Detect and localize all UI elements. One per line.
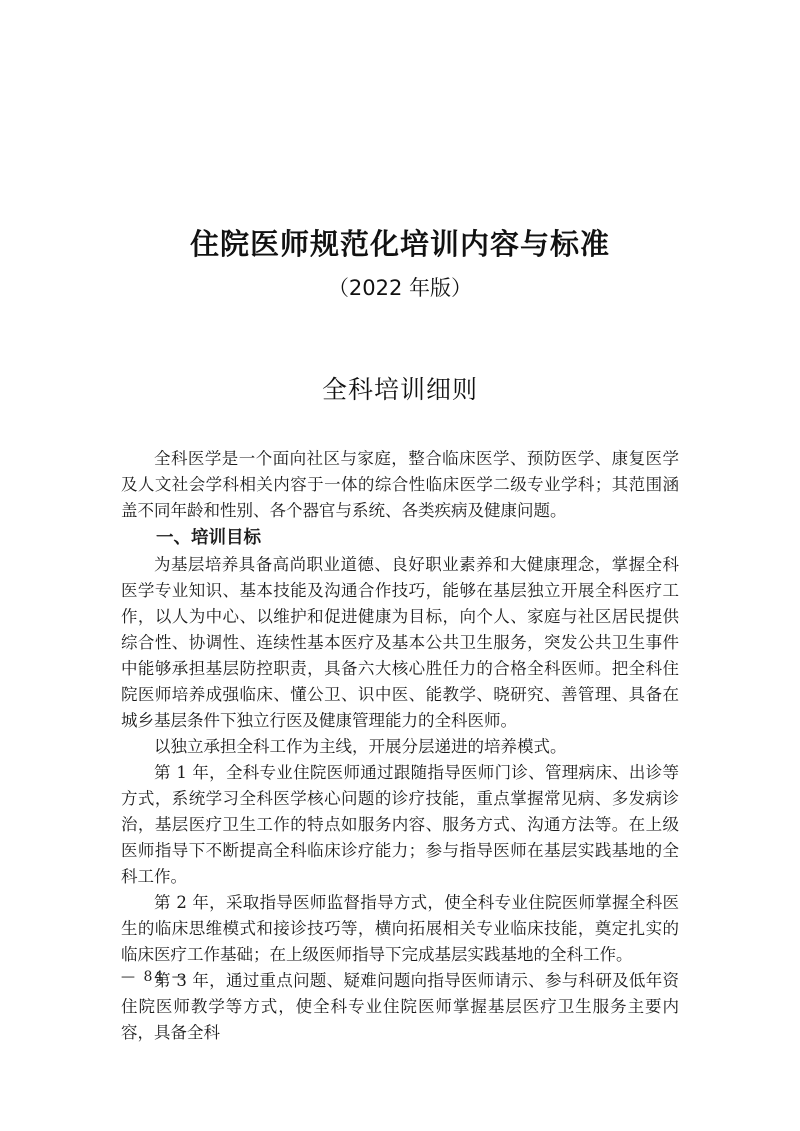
paragraph-year-1: 第 1 年，全科专业住院医师通过跟随指导医师门诊、管理病床、出诊等方式，系统学习…	[121, 760, 679, 890]
paragraph-year-3: 第 3 年，通过重点问题、疑难问题向指导医师请示、参与科研及低年资住院医师教学等…	[121, 968, 679, 1046]
paragraph-year-2: 第 2 年，采取指导医师监督指导方式，使全科专业住院医师掌握全科医生的临床思维模…	[121, 890, 679, 968]
section-title: 全科培训细则	[0, 370, 800, 406]
document-title: 住院医师规范化培训内容与标准	[0, 222, 800, 263]
section-heading-training-goals: 一、培训目标	[121, 524, 679, 552]
body-text: 全科医学是一个面向社区与家庭，整合临床医学、预防医学、康复医学及人文社会学科相关…	[121, 446, 679, 1046]
document-subtitle: （2022 年版）	[0, 272, 800, 302]
page-number: — 84 —	[121, 969, 188, 985]
paragraph-model: 以独立承担全科工作为主线，开展分层递进的培养模式。	[121, 734, 679, 760]
paragraph-goals: 为基层培养具备高尚职业道德、良好职业素养和大健康理念，掌握全科医学专业知识、基本…	[121, 552, 679, 734]
document-page: 住院医师规范化培训内容与标准 （2022 年版） 全科培训细则 全科医学是一个面…	[0, 0, 800, 1131]
intro-paragraph: 全科医学是一个面向社区与家庭，整合临床医学、预防医学、康复医学及人文社会学科相关…	[121, 446, 679, 524]
